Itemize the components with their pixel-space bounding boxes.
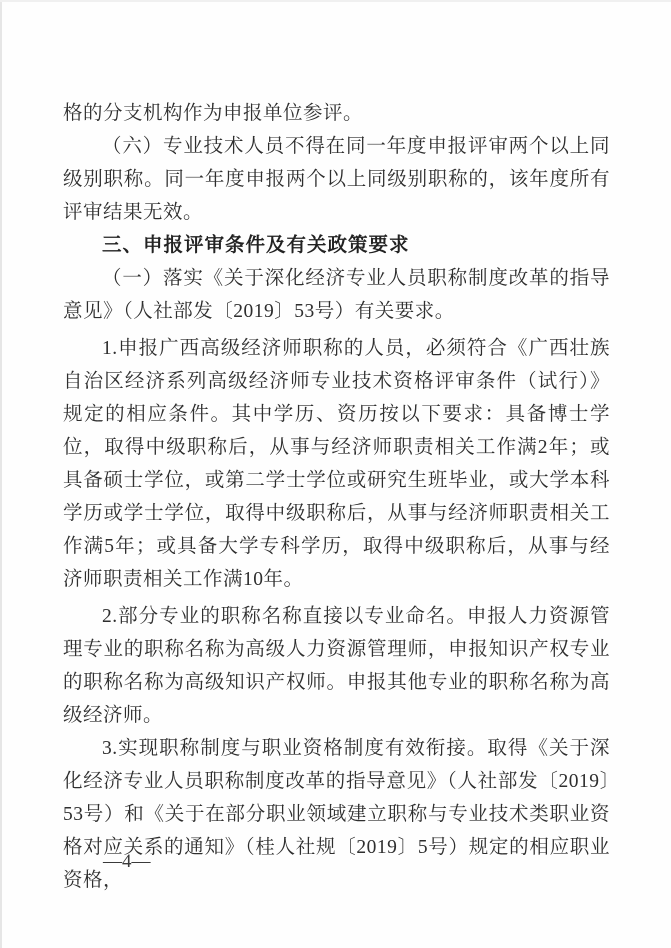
- paragraph-point-1: 1.申报广西高级经济师职称的人员，必须符合《广西壮族自治区经济系列高级经济师专业…: [63, 332, 610, 596]
- page-number: —4—: [103, 850, 151, 874]
- paragraph-point-2: 2.部分专业的职称名称直接以专业命名。申报人力资源管理专业的职称名称为高级人力资…: [63, 600, 610, 732]
- paragraph-continuation: 格的分支机构作为申报单位参评。: [63, 97, 610, 130]
- document-page: 格的分支机构作为申报单位参评。 （六）专业技术人员不得在同一年度申报评审两个以上…: [0, 0, 671, 948]
- document-body: 格的分支机构作为申报单位参评。 （六）专业技术人员不得在同一年度申报评审两个以上…: [63, 97, 610, 897]
- paragraph-item-six: （六）专业技术人员不得在同一年度申报评审两个以上同级别职称。同一年度申报两个以上…: [63, 130, 610, 229]
- paragraph-item-one: （一）落实《关于深化经济专业人员职称制度改革的指导意见》（人社部发〔2019〕5…: [63, 262, 610, 328]
- section-heading: 三、申报评审条件及有关政策要求: [63, 229, 610, 262]
